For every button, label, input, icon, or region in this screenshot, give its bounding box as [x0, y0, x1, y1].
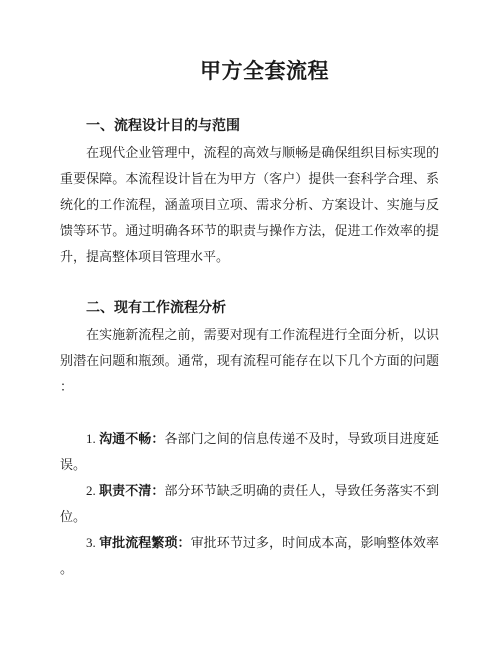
issue-3-number: 3.: [86, 535, 99, 550]
document-content: 甲方全套流程 一、流程设计目的与范围 在现代企业管理中，流程的高效与顺畅是确保组…: [60, 58, 439, 582]
issue-2-number: 2.: [86, 483, 99, 498]
section-current-workflow-analysis: 二、现有工作流程分析 在实施新流程之前，需要对现有工作流程进行全面分析，以识别潜…: [60, 296, 439, 582]
document-page: 甲方全套流程 一、流程设计目的与范围 在现代企业管理中，流程的高效与顺畅是确保组…: [0, 0, 500, 647]
issue-1-number: 1.: [86, 431, 99, 446]
issue-item-communication: 1. 沟通不畅：各部门之间的信息传递不及时，导致项目进度延误。: [60, 426, 439, 478]
section-1-heading: 一、流程设计目的与范围: [60, 114, 439, 140]
section-2-heading: 二、现有工作流程分析: [60, 296, 439, 322]
issues-list: 1. 沟通不畅：各部门之间的信息传递不及时，导致项目进度延误。 2. 职责不清：…: [60, 426, 439, 582]
section-design-purpose: 一、流程设计目的与范围 在现代企业管理中，流程的高效与顺畅是确保组织目标实现的重…: [60, 114, 439, 270]
issue-item-responsibility: 2. 职责不清：部分环节缺乏明确的责任人，导致任务落实不到位。: [60, 478, 439, 530]
document-title: 甲方全套流程: [75, 58, 454, 86]
issue-1-label: 沟通不畅：: [99, 431, 164, 446]
issue-3-label: 审批流程繁琐：: [99, 535, 191, 550]
section-2-paragraph: 在实施新流程之前，需要对现有工作流程进行全面分析，以识别潜在问题和瓶颈。通常，现…: [60, 322, 439, 400]
issue-item-approval-process: 3. 审批流程繁琐：审批环节过多，时间成本高，影响整体效率。: [60, 530, 439, 582]
section-1-paragraph: 在现代企业管理中，流程的高效与顺畅是确保组织目标实现的重要保障。本流程设计旨在为…: [60, 140, 439, 270]
issue-2-label: 职责不清：: [99, 483, 164, 498]
